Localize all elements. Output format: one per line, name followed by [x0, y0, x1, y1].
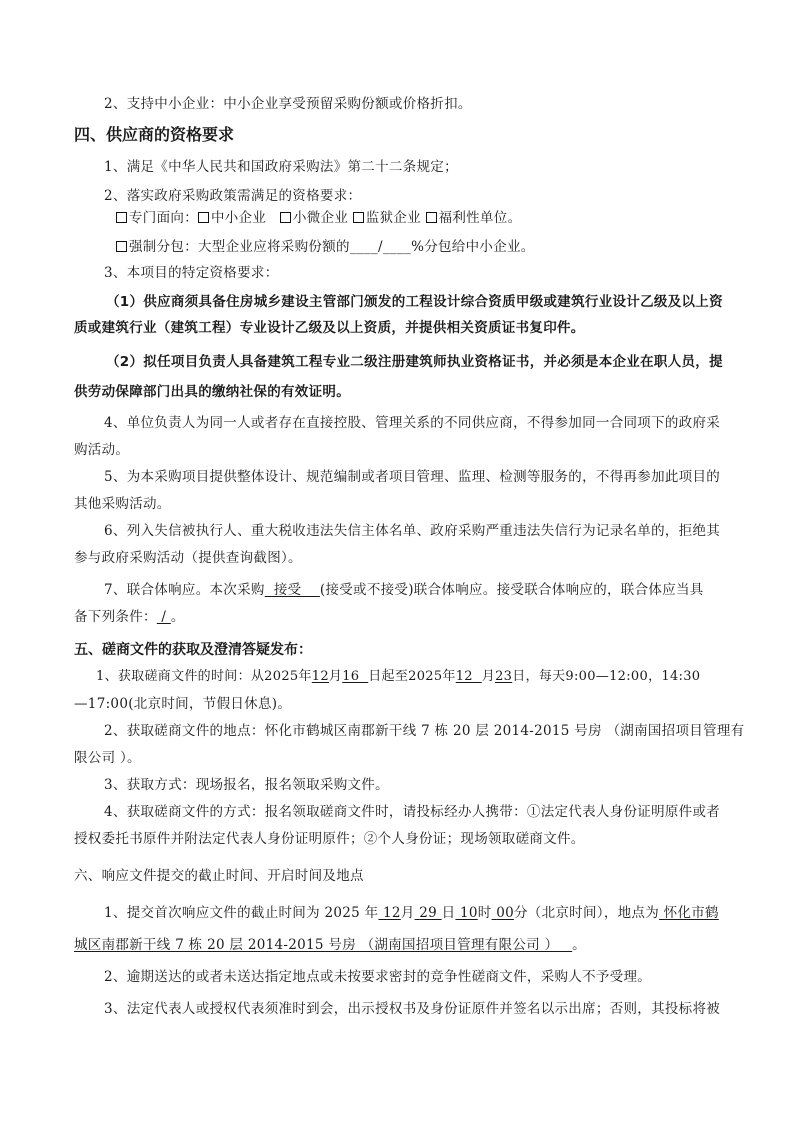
checkbox-row-set-aside: 专门面向：中小企业 小微企业 监狱企业 福利性单位。 — [116, 208, 521, 228]
label-micro: 小微企业 — [293, 210, 348, 226]
section-heading-6: 六、响应文件提交的截止时间、开启时间及地点 — [74, 866, 364, 886]
paragraph-deadline-b: 城区南郡新干线 7 栋 20 层 2014-2015 号房 （湖南国招项目管理有… — [74, 935, 586, 955]
paragraph-obtain-place-a: 2、获取磋商文件的地点：怀化市鹤城区南郡新干线 7 栋 20 层 2014-20… — [104, 721, 744, 741]
document-page: 2、支持中小企业：中小企业享受预留采购份额或价格折扣。 四、供应商的资格要求 1… — [0, 0, 793, 1122]
checkbox-welfare[interactable] — [426, 212, 437, 223]
label-welfare: 福利性单位。 — [439, 210, 522, 226]
text: 月 — [401, 905, 415, 921]
consortium-accept-value: 接受 — [265, 582, 320, 598]
section-heading-5: 五、磋商文件的获取及澄清答疑发布： — [74, 640, 312, 660]
text: 日，每天9:00—12:00，14:30 — [512, 669, 700, 684]
paragraph-req-6a: 6、列入失信被执行人、重大税收违法失信主体名单、政府采购严重违法失信行为记录名单… — [104, 521, 720, 541]
section-heading-4: 四、供应商的资格要求 — [74, 124, 234, 146]
paragraph-req-3-1b: 质或建筑行业（建筑工程）专业设计乙级及以上资质，并提供相关资质证书复印件。 — [74, 318, 585, 338]
deadline-hour: 10 — [460, 905, 478, 921]
paragraph-sme-support: 2、支持中小企业：中小企业享受预留采购份额或价格折扣。 — [104, 94, 472, 114]
label-subcontract: 强制分包：大型企业应将采购份额的 — [129, 239, 350, 255]
text: 日 — [442, 905, 456, 921]
submission-location-a: 怀化市鹤 — [659, 905, 719, 921]
checkbox-mandatory-subcontract[interactable] — [116, 241, 127, 252]
checkbox-micro[interactable] — [280, 212, 291, 223]
submission-location-b: 城区南郡新干线 7 栋 20 层 2014-2015 号房 （湖南国招项目管理有… — [74, 937, 572, 953]
end-month: 12 — [456, 669, 482, 684]
paragraph-req-4b: 购活动。 — [74, 440, 129, 460]
paragraph-req-5a: 5、为本采购项目提供整体设计、规范编制或者项目管理、监理、检测等服务的，不得再参… — [104, 467, 720, 487]
paragraph-req-7b: 备下列条件： / 。 — [74, 607, 185, 627]
text: (接受或不接受)联合体响应。接受联合体响应的，联合体应当具 — [320, 582, 704, 598]
paragraph-obtain-docs-b: 授权委托书原件并附法定代表人身份证明原件；②个人身份证；现场领取磋商文件。 — [74, 829, 585, 849]
deadline-minute: 00 — [496, 905, 514, 921]
start-month: 12 — [312, 669, 329, 684]
paragraph-req-4a: 4、单位负责人为同一人或者存在直接控股、管理关系的不同供应商，不得参加同一合同项… — [104, 413, 720, 433]
text: 1、提交首次响应文件的截止时间为 2025 年 — [104, 905, 378, 921]
text: 分（北京时间），地点为 — [514, 905, 659, 921]
paragraph-obtain-place-b: 限公司 ）。 — [74, 748, 141, 768]
checkbox-dedicated[interactable] — [116, 212, 127, 223]
label-subcontract-tail: %分包给中小企业。 — [411, 239, 535, 255]
text: 月 — [482, 669, 495, 684]
checkbox-row-subcontract: 强制分包：大型企业应将采购份额的____/____%分包给中小企业。 — [116, 237, 535, 257]
text: 。 — [171, 609, 185, 625]
deadline-month: 12 — [383, 905, 401, 921]
paragraph-obtain-time-a: 1、获取磋商文件的时间：从2025年12月16 日起至2025年12 月23日，… — [96, 667, 700, 687]
paragraph-obtain-time-b: —17:00(北京时间，节假日休息)。 — [74, 694, 291, 714]
label-dedicated: 专门面向： — [129, 210, 198, 226]
text: 7、联合体响应。本次采购 — [104, 582, 265, 598]
label-sme: 中小企业 — [211, 210, 266, 226]
paragraph-req-2: 2、落实政府采购政策需满足的资格要求： — [104, 186, 361, 206]
paragraph-req-5b: 其他采购活动。 — [74, 494, 171, 514]
deadline-day: 29 — [419, 905, 437, 921]
paragraph-late-submission: 2、逾期送达的或者未送达指定地点或未按要求密封的竞争性磋商文件，采购人不予受理。 — [104, 967, 651, 987]
text: 备下列条件： — [74, 609, 157, 625]
text: 月 — [329, 669, 342, 684]
paragraph-deadline-a: 1、提交首次响应文件的截止时间为 2025 年 12月 29 日 10时 00分… — [104, 903, 719, 923]
subcontract-percent-blank: ____/____ — [350, 239, 411, 255]
start-day: 16 — [342, 669, 368, 684]
paragraph-req-6b: 参与政府采购活动（提供查询截图）。 — [74, 548, 302, 568]
text: 。 — [572, 937, 586, 953]
paragraph-req-3: 3、本项目的特定资格要求： — [104, 263, 279, 283]
text: 1、获取磋商文件的时间：从2025年 — [96, 669, 312, 684]
text: 时 — [478, 905, 492, 921]
paragraph-obtain-docs-a: 4、获取磋商文件的方式：报名领取磋商文件时，请投标经办人携带：①法定代表人身份证… — [104, 802, 720, 822]
paragraph-req-1: 1、满足《中华人民共和国政府采购法》第二十二条规定； — [104, 157, 458, 177]
paragraph-legal-rep: 3、法定代表人或授权代表须准时到会，出示授权书及身份证原件并签名以示出席；否则，… — [104, 999, 720, 1019]
paragraph-obtain-method: 3、获取方式：现场报名，报名领取采购文件。 — [104, 775, 389, 795]
consortium-conditions-value: / — [157, 609, 171, 625]
text: 日起至2025年 — [368, 669, 455, 684]
paragraph-req-3-1a: （1）供应商须具备住房城乡建设主管部门颁发的工程设计综合资质甲级或建筑行业设计乙… — [106, 292, 723, 312]
label-prison: 监狱企业 — [366, 210, 421, 226]
paragraph-req-3-2b: 供劳动保障部门出具的缴纳社保的有效证明。 — [74, 382, 350, 402]
checkbox-sme[interactable] — [198, 212, 209, 223]
paragraph-req-7a: 7、联合体响应。本次采购 接受 (接受或不接受)联合体响应。接受联合体响应的，联… — [104, 580, 704, 600]
end-day: 23 — [495, 669, 512, 684]
paragraph-req-3-2a: （2）拟任项目负责人具备建筑工程专业二级注册建筑师执业资格证书，并必须是本企业在… — [106, 352, 723, 372]
checkbox-prison[interactable] — [353, 212, 364, 223]
